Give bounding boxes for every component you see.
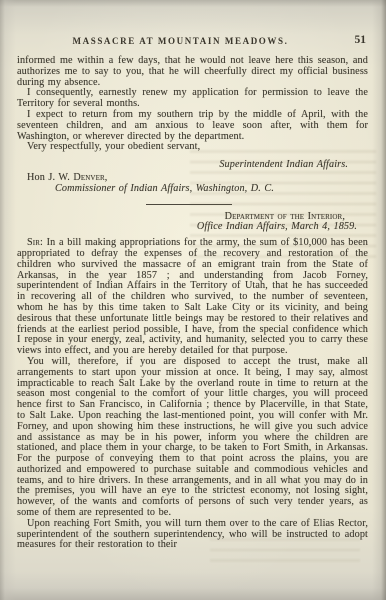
closing-line: Very respectfully, your obedient servant… [17,142,368,153]
addressee-surname: Denver, [73,172,107,183]
paragraph: I consequently, earnestly renew my appli… [17,88,368,110]
paragraph: Upon reaching Fort Smith, you will turn … [17,519,368,551]
letter-body: informed me within a few days, that he w… [17,56,368,551]
paragraph: Sir: In a bill making appropriations for… [17,238,368,357]
paragraph-text: In a bill making appropriations for the … [17,237,368,356]
addressee-title: Commissioner of Indian Affairs, Washingt… [55,184,368,195]
addressee-prefix: Hon J. W. [27,172,73,183]
section-divider [146,204,232,205]
paragraph: informed me within a few days, that he w… [17,56,368,88]
page-number: 51 [355,34,367,46]
book-page: MASSACRE AT MOUNTAIN MEADOWS. 51 informe… [0,0,386,600]
paragraph: You will, therefore, if you are disposed… [17,357,368,519]
paragraph: I expect to return from my southern trip… [17,110,368,142]
signature-title: Superintendent Indian Affairs. [17,160,348,171]
running-title: MASSACRE AT MOUNTAIN MEADOWS. [17,36,344,46]
page-header: MASSACRE AT MOUNTAIN MEADOWS. 51 [17,36,368,48]
dateline: Department of the Interior, Office India… [17,212,368,234]
dateline-date: Office Indian Affairs, March 4, 1859. [17,222,357,233]
salutation: Sir: [27,237,43,248]
